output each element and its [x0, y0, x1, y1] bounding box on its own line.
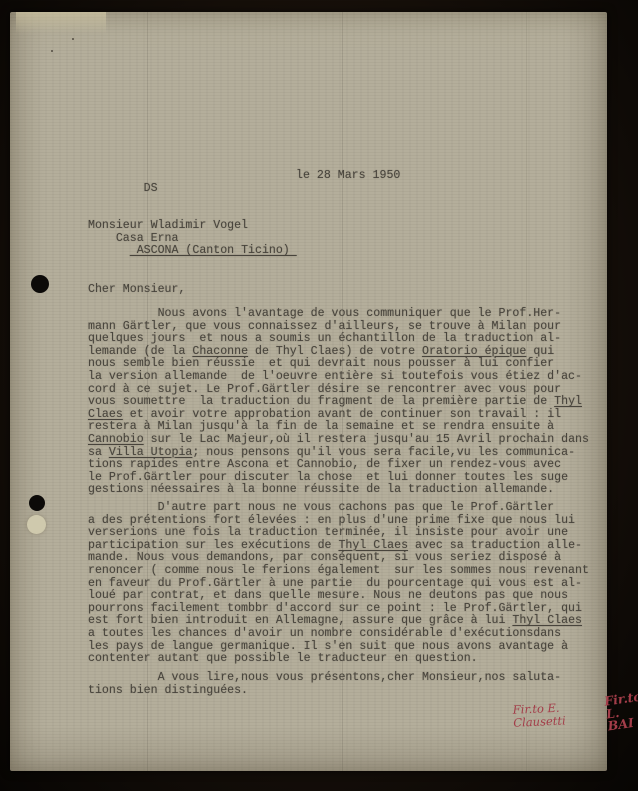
text-segment: contenter autant que possible le traduct… — [88, 652, 478, 665]
text-segment: D'autre part nous ne vous cachons pas qu… — [88, 501, 554, 514]
text-segment: est fort bien introduit en Allemagne, as… — [88, 614, 512, 627]
reference-initials: DS — [144, 182, 158, 195]
recipient-address: Monsieur Wladimir Vogel Casa Erna ASCONA… — [88, 220, 297, 258]
text-segment: le Prof.Gärtler pour discuter la chose e… — [88, 471, 568, 484]
text-segment: participation sur les exécutions de — [88, 539, 338, 552]
letter-header: DS le 28 Mars 1950 — [88, 170, 593, 220]
underlined-text: Cannobio — [88, 433, 144, 446]
left-tape-edge — [10, 12, 19, 771]
text-segment: qui — [526, 345, 554, 358]
text-segment: en faveur du Prof.Gärtler à une partie d… — [88, 577, 582, 590]
text-segment: renoncer ( comme nous le ferions égaleme… — [88, 564, 589, 577]
salutation: Cher Monsieur, — [88, 284, 185, 297]
paragraph-2: D'autre part nous ne vous cachons pas qu… — [88, 502, 589, 666]
text-segment: lemande (de la — [88, 345, 192, 358]
punch-hole-bottom — [29, 495, 45, 511]
text-segment: vous soumettre la traduction du fragment… — [88, 395, 554, 408]
text-segment: avec sa traduction alle- — [408, 539, 582, 552]
letter-line: gestions néessaires à la bonne réussite … — [88, 484, 589, 497]
text-segment: verserions une fois la traduction termin… — [88, 526, 568, 539]
paper-patch — [27, 515, 46, 534]
text-segment: la version allemande de l'oeuvre entière… — [88, 370, 582, 383]
text-segment: pourrons facilement tombbr d'accord sur … — [88, 602, 582, 615]
paragraph-1: Nous avons l'avantage de vous communique… — [88, 308, 589, 497]
paper-speck — [72, 38, 74, 40]
closing-paragraph: A vous lire,nous vous présentons,cher Mo… — [88, 672, 561, 697]
text-segment — [88, 244, 130, 257]
letter-date: le 28 Mars 1950 — [296, 170, 400, 183]
text-segment: A vous lire,nous vous présentons,cher Mo… — [88, 671, 561, 684]
text-segment: ; nous pensons qu'il vous sera facile,vu… — [192, 446, 575, 459]
text-segment: les pays de langue germanique. Il s'en s… — [88, 640, 568, 653]
text-segment: cord à ce sujet. Le Prof.Gärtler désire … — [88, 383, 561, 396]
underlined-text: Oratorio épique — [422, 345, 526, 358]
text-segment: quelques jours et nous a soumis un échan… — [88, 332, 561, 345]
underlined-text: Thyl Claes — [338, 539, 408, 552]
text-segment: restera à Milan jusqu'à la fin de la sem… — [88, 420, 554, 433]
text-segment: et avoir votre approbation avant de cont… — [123, 408, 561, 421]
text-segment: tions rapides entre Ascona et Cannobio, … — [88, 458, 561, 471]
text-segment: Casa Erna — [88, 232, 178, 245]
underlined-text: ASCONA (Canton Ticino) — [130, 244, 297, 257]
punch-hole-top — [31, 275, 49, 293]
paper-speck — [51, 50, 53, 52]
scan-background: DS le 28 Mars 1950 Monsieur Wladimir Vog… — [0, 0, 638, 791]
text-segment: mande. Nous vous demandons, par conséque… — [88, 551, 561, 564]
text-segment: nous semble bien réussie et qui devrait … — [88, 357, 554, 370]
letter-paper: DS le 28 Mars 1950 Monsieur Wladimir Vog… — [10, 12, 607, 771]
underlined-text: Villa Utopia — [109, 446, 193, 459]
text-segment: sa — [88, 446, 109, 459]
signature-stamp-bai: Fir.to L. BAI — [604, 691, 638, 734]
letter-content: DS le 28 Mars 1950 Monsieur Wladimir Vog… — [88, 12, 593, 771]
letter-line: tions bien distinguées. — [88, 685, 561, 698]
text-segment: gestions néessaires à la bonne réussite … — [88, 483, 554, 496]
text-segment: Monsieur Wladimir Vogel — [88, 219, 248, 232]
text-segment: Nous avons l'avantage de vous communique… — [88, 307, 561, 320]
signature-stamp-clausetti: Fir.to E. Clausetti — [512, 700, 593, 729]
underlined-text: Thyl Claes — [512, 614, 582, 627]
text-segment: loué par contrat, et dans quelle mesure.… — [88, 589, 568, 602]
underlined-text: Thyl — [554, 395, 582, 408]
text-segment: sur le Lac Majeur,où il restera jusqu'au… — [144, 433, 589, 446]
letter-line: contenter autant que possible le traduct… — [88, 653, 589, 666]
text-segment: mann Gärtler, que vous connaissez d'aill… — [88, 320, 561, 333]
text-segment: a toutes les chances d'avoir un nombre c… — [88, 627, 561, 640]
text-segment: tions bien distinguées. — [88, 684, 248, 697]
letter-line: ASCONA (Canton Ticino) — [88, 245, 297, 258]
text-segment: a des prétentions fort élevées : en plus… — [88, 514, 575, 527]
text-segment: de Thyl Claes) de votre — [248, 345, 422, 358]
underlined-text: Chaconne — [192, 345, 248, 358]
underlined-text: Claes — [88, 408, 123, 421]
